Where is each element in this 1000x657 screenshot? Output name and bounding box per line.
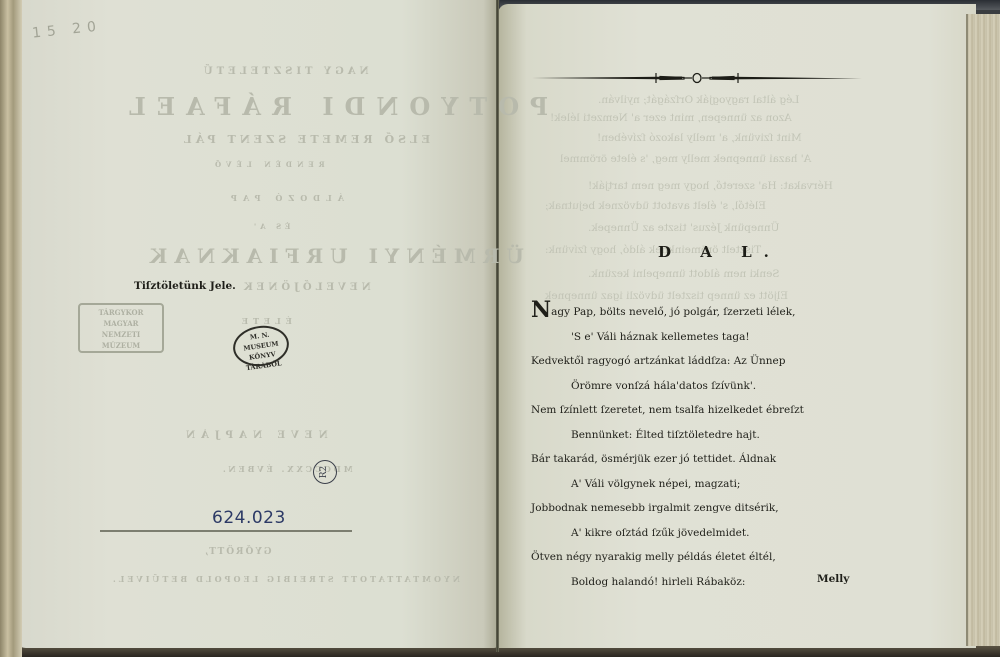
poem-line: Örömre vonſzá hála'datos ſzívünk'. [531,374,804,399]
show-through-line: Ünnepünk Jézus' tiszte az Ünnepek. [588,222,780,234]
drop-cap: N [531,297,551,323]
page-stack-fore-edge [968,14,1000,646]
show-through-line: RENDÉN LÉVŐ [210,160,325,169]
poem-line: Nem ſzínlett ſzeretet, nem tsalfa hizelk… [531,398,804,423]
show-through-line: NEVELŐJÖNEK [240,282,371,293]
show-through-line: Azon az ünnepen, mint ezer a' Nemzeti lé… [550,112,792,124]
poem-line: A' kikre oſztád ſzűk jövedelmidet. [531,521,804,546]
poem-line: Jobbodnak nemesebb irgalmit zengve ditsé… [531,496,804,521]
poem-line: Kedvektől ragyogó artzánkat láddſza: Az … [531,349,804,374]
show-through-line: Elétől, s' élelt avatott üdvöznek bejutn… [545,200,766,212]
show-through-line: ÉLETE [237,316,292,326]
poem-line-text: agy Pap, bölts nevelő, jó polgár, ſzerze… [551,306,795,318]
stamp-line: TÁRGYKOR [80,307,162,318]
show-through-line: ÁLDOZÓ PAP [225,193,344,203]
show-through-line: Lég által ragyogják Orſzágát; nyilván. [598,94,799,106]
show-through-line: Mint ſzivünk, a' melly lakozó ſzívében! [597,132,802,144]
poem-line: Bennünket: Élted tiſztöletedre hajt. [531,423,804,448]
poem-line: Nagy Pap, bölts nevelő, jó polgár, ſzerz… [531,300,804,325]
show-through-line: ÉS A' [250,222,290,231]
show-through-line: ELSŐ REMETE SZENT PÁL [180,133,430,146]
stamp-line: NEMZETI [80,329,162,340]
show-through-line: POTYONDI RÁFAEL [118,92,548,121]
catchword: Melly [817,573,849,585]
book-binding-left [0,0,22,657]
show-through-line: NAGY TISZTELETŰ [200,66,369,77]
show-through-line: ÜRMÉNYI URFIAKNAK [143,244,524,268]
horizontal-rule [100,530,352,532]
ornamental-rule-icon [532,70,862,86]
circle-stamp: R2 [313,460,337,484]
poem-line: Bár takarád, ösmérjük ezer jó tettidet. … [531,447,804,472]
show-through-line: A' hazai ünnepnek melly meg, 's élete ör… [560,153,811,165]
poem-line: Boldog halandó! hirleli Rábaköz: [531,570,804,595]
show-through-line: GYŐRÖTT, [203,547,272,557]
poem-line: A' Váli völgynek népei, magzati; [531,472,804,497]
show-through-line: NEVE NAPJÁN [180,430,328,441]
poem-body: Nagy Pap, bölts nevelő, jó polgár, ſzerz… [531,300,804,594]
stamp-line: MAGYAR [80,318,162,329]
show-through-line: Hérvakat: Ha' szerető, hogy meg nem tart… [588,180,833,192]
show-through-line: Senki nem áldott ünnepelni kezünk. [588,268,780,280]
stamp-line: MÚZEUM [80,340,162,351]
poem-line: Ötven négy nyarakig melly példás életet … [531,545,804,570]
poem-line: 'S e' Váli háznak kellemetes taga! [531,325,804,350]
dedication-text: Tiſztöletünk Jele. [134,280,236,292]
shelfmark-number: 624.023 [212,508,286,528]
show-through-line: NYOMTATTATOTT STREIBIG LEOPOLD BETŰIVEL. [110,574,460,584]
poem-title: D A L. [658,243,781,261]
library-stamp-rectangular: TÁRGYKOR MAGYAR NEMZETI MÚZEUM [78,303,164,353]
